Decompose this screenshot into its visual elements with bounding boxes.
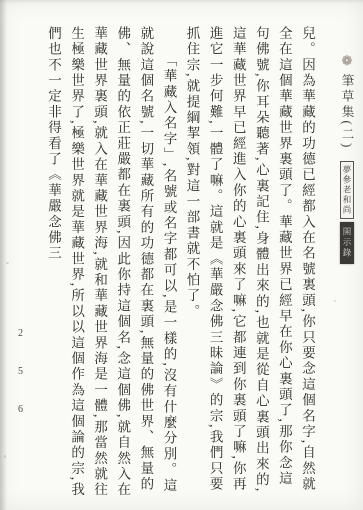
section-label-box: 開示錄 bbox=[340, 222, 354, 264]
body-paragraph: 兒。因為華藏的功德已經都入在名號裏頭,你只要念這個名字,自然就全在這個華藏世界裏… bbox=[180, 26, 319, 502]
main-text-block: 兒。因為華藏的功德已經都入在名號裏頭,你只要念這個名字,自然就全在這個華藏世界裏… bbox=[41, 26, 319, 502]
page-number: 2 5 6 bbox=[15, 328, 26, 423]
scan-speck bbox=[334, 300, 336, 302]
scan-speck bbox=[4, 455, 6, 458]
running-head: ❁ 筆草集(二) 夢參老和尚 開示錄 bbox=[335, 54, 359, 264]
section-label: 開示錄 bbox=[342, 227, 352, 259]
book-title: 筆草集(二) bbox=[339, 74, 355, 150]
author-label-box: 夢參老和尚 bbox=[340, 161, 354, 219]
author-label: 夢參老和尚 bbox=[342, 165, 352, 215]
flower-seal-icon: ❁ bbox=[342, 54, 353, 68]
body-paragraph: 「華藏入名字」,名號或名字都可以,是一樣的,沒有什麼分別。這就說這個名號,一切華… bbox=[42, 26, 181, 502]
scanned-book-page: 兒。因為華藏的功德已經都入在名號裏頭,你只要念這個名字,自然就全在這個華藏世界裏… bbox=[0, 0, 363, 510]
scan-speck bbox=[6, 262, 9, 264]
